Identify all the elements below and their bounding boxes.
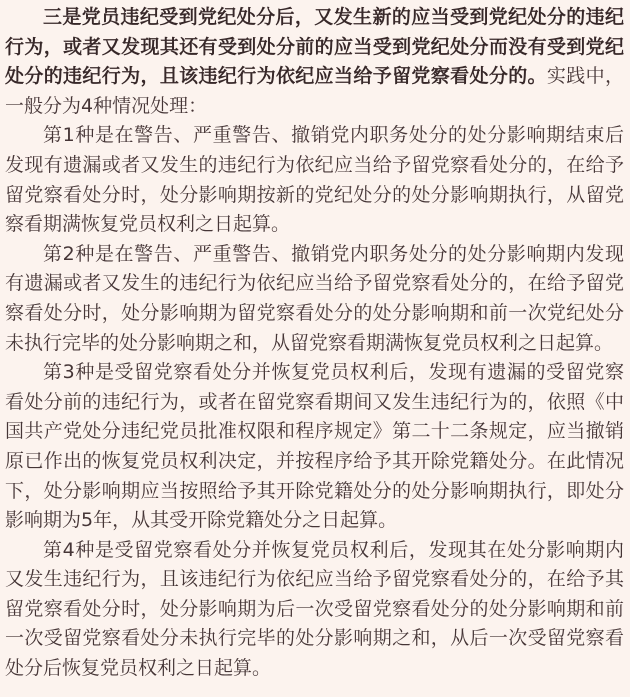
paragraph-case-3: 第3种是受留党察看处分并恢复党员权利后，发现有遗漏的受留党察看处分前的违纪行为，… xyxy=(5,358,624,536)
document-body: 三是党员违纪受到党纪处分后，又发生新的应当受到党纪处分的违纪行为，或者又发现其还… xyxy=(0,0,630,697)
paragraph-case-4: 第4种是受留党察看处分并恢复党员权利后，发现其在处分影响期内又发生违纪行为，且该… xyxy=(5,536,624,684)
case-4-text: 第4种是受留党察看处分并恢复党员权利后，发现其在处分影响期内又发生违纪行为，且该… xyxy=(5,539,624,679)
paragraph-intro: 三是党员违纪受到党纪处分后，又发生新的应当受到党纪处分的违纪行为，或者又发现其还… xyxy=(5,3,624,121)
case-2-text: 第2种是在警告、严重警告、撤销党内职务处分的处分影响期内发现有遗漏或者又发生的违… xyxy=(5,243,624,354)
case-3-text: 第3种是受留党察看处分并恢复党员权利后，发现有遗漏的受留党察看处分前的违纪行为，… xyxy=(5,361,624,531)
paragraph-case-2: 第2种是在警告、严重警告、撤销党内职务处分的处分影响期内发现有遗漏或者又发生的违… xyxy=(5,240,624,358)
intro-lead-bold-text: 三是党员违纪受到党纪处分后，又发生新的应当受到党纪处分的违纪行为，或者又发现其还… xyxy=(5,6,624,87)
case-1-text: 第1种是在警告、严重警告、撤销党内职务处分的处分影响期结束后发现有遗漏或者又发生… xyxy=(5,124,624,235)
paragraph-case-1: 第1种是在警告、严重警告、撤销党内职务处分的处分影响期结束后发现有遗漏或者又发生… xyxy=(5,121,624,239)
